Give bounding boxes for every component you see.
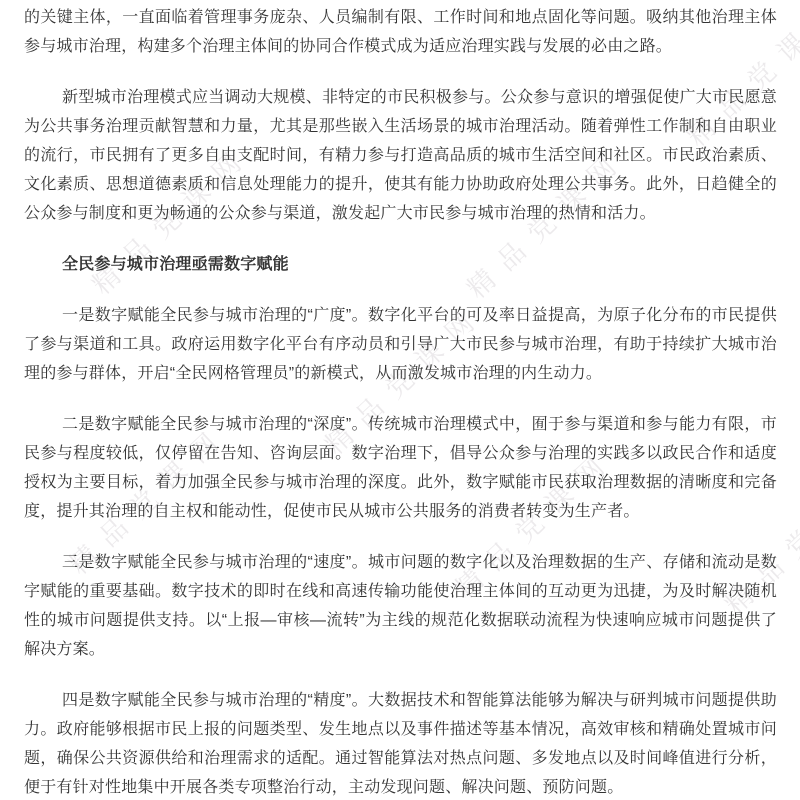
paragraph: 一是数字赋能全民参与城市治理的“广度”。数字化平台的可及率日益提高，为原子化分布… [24,301,777,388]
document-page: 精品党课网 精品党课网 精品党课网 精品党课网 精品党课网 精品党课网 精品党课… [0,0,800,800]
paragraph: 三是数字赋能全民参与城市治理的“速度”。城市问题的数字化以及治理数据的生产、存储… [24,548,777,664]
paragraph: 四是数字赋能全民参与城市治理的“精度”。大数据技术和智能算法能够为解决与研判城市… [24,686,777,800]
document-content: 的关键主体，一直面临着管理事务庞杂、人员编制有限、工作时间和地点固化等问题。吸纳… [0,0,800,800]
paragraph-continuation: 的关键主体，一直面临着管理事务庞杂、人员编制有限、工作时间和地点固化等问题。吸纳… [24,3,777,61]
paragraph: 新型城市治理模式应当调动大规模、非特定的市民积极参与。公众参与意识的增强促使广大… [24,83,777,228]
paragraph: 二是数字赋能全民参与城市治理的“深度”。传统城市治理模式中，囿于参与渠道和参与能… [24,410,777,526]
section-heading: 全民参与城市治理亟需数字赋能 [24,250,777,279]
